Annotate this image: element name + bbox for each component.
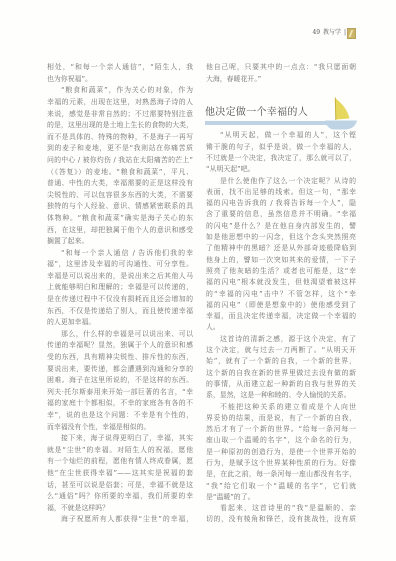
text-line: 他“在尘世获得幸福”——这其实是祝福的套 <box>47 468 193 480</box>
text-line: “从明天起，做一个幸福的人”，这个铿 <box>206 130 356 141</box>
text-line: “粮食和蔬菜”，作为关心的对象，作为 <box>47 85 193 97</box>
section-heading: 他决定做一个幸福的人 <box>205 106 325 119</box>
left-column: 相处，“和每一个亲人通信”，“陌生人，我 也为你祝福”。 “粮食和蔬菜”，作为关… <box>47 62 193 526</box>
text-line: 是，在此之前，每一条河每一座山都没有名字， <box>206 469 356 480</box>
sailboat-icon <box>320 94 362 134</box>
text-line: 他自己呢，只要其中的一点点：“我只愿面朝 <box>206 62 356 74</box>
text-line: “从明天起”吧。 <box>206 164 356 175</box>
paragraph: “从明天起，做一个幸福的人”，这个铿 锵干脆的句子，似乎是说，做一个幸福的人， … <box>206 130 356 175</box>
right-column: “从明天起，做一个幸福的人”，这个铿 锵干脆的句子，似乎是说，做一个幸福的人， … <box>206 130 356 525</box>
text-line: 问的中心 / 被你灼伤 / 我站在太阳痛苦的芒上” <box>47 155 193 167</box>
text-line: “我”给它们取一个“温暖的名字”，它们就 <box>206 481 356 492</box>
page-number: 49 <box>312 29 320 36</box>
paragraph: 接下来，海子说得更明白了，幸福，其实 就是“尘世”的幸福。对陌生人的祝福，愿他 … <box>47 433 193 514</box>
text-line: 是“温暖”的了。 <box>206 492 356 503</box>
text-line: 么“通俗”吗？你所要的幸福，我们所要的幸 <box>47 491 193 503</box>
text-line: 西，在这里，却把独属于他个人的意识和感受 <box>47 225 193 237</box>
paragraph: 那么，什么样的幸福是可以说出来、可以 传递的幸福呢？显然，独属于个人的意识和感 … <box>47 329 193 433</box>
text-line: 相处，“和每一个亲人通信”，“陌生人，我 <box>47 62 193 74</box>
text-line: （《答复》）的麦地。“粮食和蔬菜”，平凡、 <box>47 167 193 179</box>
text-line: 而幸福没有个性，幸福是相似的。 <box>47 422 193 434</box>
text-line: 就是“尘世”的幸福。对陌生人的祝福，愿他 <box>47 445 193 457</box>
text-line: 行为，是赋予这个世界某种性质的行为。好像 <box>206 458 356 469</box>
text-line: 福，不就是这样吗？ <box>47 503 193 515</box>
text-line: 到的麦子和麦地，更不是“我则站在你痛苦质 <box>47 143 193 155</box>
text-line: 接下来，海子说得更明白了，幸福，其实 <box>47 433 193 445</box>
text-line: 来说，感觉是非常自然的；不过需要特别注意 <box>47 109 193 121</box>
text-line: 要说出来，要传递，都会遭遇到沟通和分享的 <box>47 364 193 376</box>
text-line: 表面，找不出足够的线索。但这一句，“那幸 <box>206 187 356 198</box>
text-line: 不能把这种关系的建立看成是个人向世 <box>206 402 356 413</box>
text-line: 然后才有了一个新的世界。“给每一条河每一 <box>206 424 356 435</box>
header-separator: | <box>344 29 346 36</box>
text-line: 大海，春暖花开。” <box>206 74 356 86</box>
text-line: 如是他思想中的一闪念，但这个念头突然照亮 <box>206 232 356 243</box>
paragraph: 看起来，这首诗里的“我”是温顺的、亲 切的，没有棱角和锋芒，没有挑战性，没有质 <box>206 503 356 526</box>
text-line: 人。 <box>206 322 356 333</box>
text-line: 福的闪电”根本就没发生，但他渴望着被这样 <box>206 277 356 288</box>
text-line: 幸”，说的也是这个问题：不幸是有个性的， <box>47 410 193 422</box>
text-line: 这个决定，就与过去一刀两断了。“从明天开 <box>206 345 356 356</box>
text-line: 这个新的自我在新的世界里做过去没有做的新 <box>206 368 356 379</box>
paragraph: 相处，“和每一个亲人通信”，“陌生人，我 也为你祝福”。 <box>47 62 193 85</box>
text-line: 系，显然，这是一种和睦的、令人愉悦的关系。 <box>206 390 356 401</box>
text-line: 含了重要的信息，虽然信息并不明确。“幸福 <box>206 209 356 220</box>
text-line: 搁置了起来。 <box>47 236 193 248</box>
text-line: 体物种。“粮食和蔬菜”确实是海子关心的东 <box>47 213 193 225</box>
text-line: 受的东西，具有精神尖锐性、排斥性的东西， <box>47 352 193 364</box>
text-line: 锵干脆的句子，似乎是说，做一个幸福的人， <box>206 142 356 153</box>
text-line: 幸福，而且决定传递幸福，决定做一个幸福的 <box>206 311 356 322</box>
text-line: 座山取一个温暖的名字”，这个命名的行为， <box>206 435 356 446</box>
paragraph: “粮食和蔬菜”，作为关心的对象，作为 幸福的元素，出现在这里，对熟悉海子诗的人 … <box>47 85 193 247</box>
text-line: 东西，不仅是传递给了别人，而且使传递幸福 <box>47 306 193 318</box>
text-line: 福的闪电”（即使是想象中的）使他感受到了 <box>206 300 356 311</box>
text-line: 有一个灿烂的前程，愿他有情人终成眷属，愿 <box>47 456 193 468</box>
text-line: 那么，什么样的幸福是可以说出来、可以 <box>47 329 193 341</box>
text-line: 福”，这里涉及幸福的可沟通性、可分享性。 <box>47 259 193 271</box>
text-line: 看起来，这首诗里的“我”是温顺的、亲 <box>206 503 356 514</box>
paragraph: 这首诗的清新之感，源于这个决定，有了 这个决定，就与过去一刀两断了。“从明天开 … <box>206 334 356 402</box>
text-line: 列夫·托尔斯泰用来开始一部巨著的名言，“幸 <box>47 387 193 399</box>
text-line: 传递的幸福呢？显然，独属于个人的意识和感 <box>47 340 193 352</box>
text-line: 话，甚至可以说是俗套；可是，幸福不就是这 <box>47 480 193 492</box>
text-line: 海子祝愿所有人都获得“尘世”的幸福， <box>47 514 193 526</box>
text-line: 的闪电”是什么？是在他自身内部发生的，譬 <box>206 221 356 232</box>
running-header: 49 教与学 | <box>300 28 346 38</box>
text-line: 照亮了他灰暗的生活？或者也可能是，这“幸 <box>206 266 356 277</box>
text-line: 是什么使他作了这么一个决定呢？从诗的 <box>206 176 356 187</box>
text-line: 上就能够明白和理解的；幸福是可以传递的， <box>47 282 193 294</box>
text-line: 的人更加幸福。 <box>47 317 193 329</box>
text-line: 他身上的，譬如一次突如其来的爱情，一下子 <box>206 255 356 266</box>
text-line: 独特的与个人经验、意识、情感紧密联系的具 <box>47 201 193 213</box>
text-line: 困难。海子在这里所说的，不是这样的东西。 <box>47 375 193 387</box>
text-line: 也为你祝福”。 <box>47 74 193 86</box>
section-name: 教与学 <box>323 29 341 36</box>
text-line: 的“幸福的闪电”击中？不管怎样，这个“幸 <box>206 289 356 300</box>
text-line: 幸福的元素，出现在这里，对熟悉海子诗的人 <box>47 97 193 109</box>
text-line: 始”，就有了一个新的自我，一个新的世界， <box>206 356 356 367</box>
paragraph: “和每一个亲人通信 / 告诉他们我的幸 福”，这里涉及幸福的可沟通性、可分享性。… <box>47 248 193 329</box>
text-line: 是一种原初的创造行为，是使一个世界开始的 <box>206 447 356 458</box>
text-line: 的事情，从而建立起一种新的自我与世界的关 <box>206 379 356 390</box>
text-line: 福的家庭十个都相似，不幸的家庭各有各的不 <box>47 398 193 410</box>
text-line: 界妥协的结果，而是说，有了一个新的自我， <box>206 413 356 424</box>
text-line: 普通、中性的大类，幸福需要的正是这样没有 <box>47 178 193 190</box>
text-line: 福的闪电告诉我的 / 我将告诉每一个人”，隐 <box>206 198 356 209</box>
text-line: 而不是具体的、特殊的物种，不是海子一再写 <box>47 132 193 144</box>
text-line: 这首诗的清新之感，源于这个决定，有了 <box>206 334 356 345</box>
heading-underline <box>205 121 329 125</box>
paragraph: 海子祝愿所有人都获得“尘世”的幸福， <box>47 514 193 526</box>
text-line: 幸福是可以说出来的，是说出来之后其他人马 <box>47 271 193 283</box>
text-line: 不过就是一个决定，我决定了，那么就可以了， <box>206 153 356 164</box>
paragraph: 不能把这种关系的建立看成是个人向世 界妥协的结果，而是说，有了一个新的自我， 然… <box>206 402 356 504</box>
text-line: 是在传递过程中不仅没有损耗而且还会增加的 <box>47 294 193 306</box>
text-line: 的是，这里出现的是土地上生长的食物的大类， <box>47 120 193 132</box>
text-line: 了他精神中的黑暗？还是从外部奇迹般降临到 <box>206 243 356 254</box>
right-column-intro: 他自己呢，只要其中的一点点：“我只愿面朝 大海，春暖花开。” <box>206 62 356 85</box>
text-line: 尖锐性的、可以包容很多东西的大类，不需要 <box>47 190 193 202</box>
magazine-logo-icon <box>347 28 356 39</box>
text-line: “和每一个亲人通信 / 告诉他们我的幸 <box>47 248 193 260</box>
paragraph: 是什么使他作了这么一个决定呢？从诗的 表面，找不出足够的线索。但这一句，“那幸 … <box>206 176 356 334</box>
text-line: 切的，没有棱角和锋芒，没有挑战性，没有质 <box>206 514 356 525</box>
